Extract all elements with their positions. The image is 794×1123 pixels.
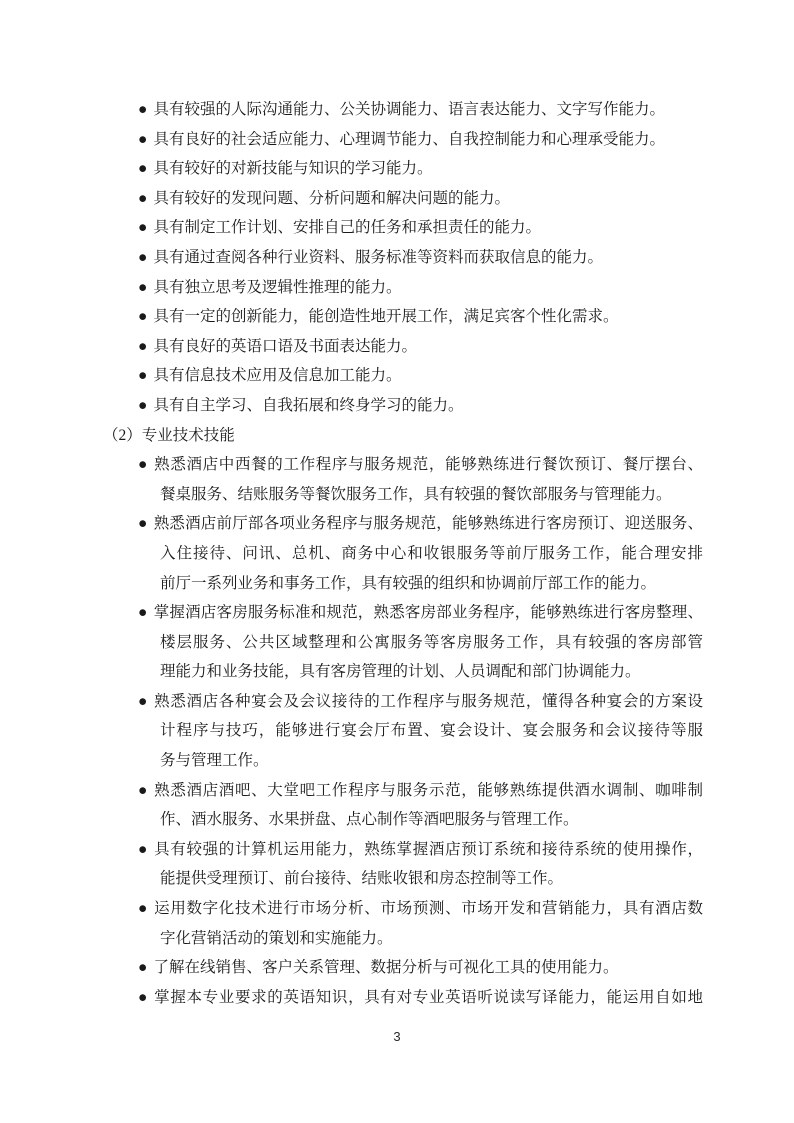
bullet-item: ●具有一定的创新能力，能创造性地开展工作，满足宾客个性化需求。 xyxy=(103,302,703,332)
line-text: 前厅一系列业务和事务工作，具有较强的组织和协调前厅部工作的能力。 xyxy=(160,575,656,592)
line-text: 具有良好的英语口语及书面表达能力。 xyxy=(154,338,418,355)
text-line: ●具有信息技术应用及信息加工能力。 xyxy=(103,361,703,391)
bullet-icon: ● xyxy=(138,302,154,332)
text-line: ●熟悉酒店酒吧、大堂吧工作程序与服务示范，能够熟练提供酒水调制、咖啡制 xyxy=(103,776,703,806)
text-line: 前厅一系列业务和事务工作，具有较强的组织和协调前厅部工作的能力。 xyxy=(103,569,703,599)
bullet-item: ●掌握本专业要求的英语知识，具有对专业英语听说读写译能力，能运用自如地 xyxy=(103,983,703,1013)
line-text: 具有较好的发现问题、分析问题和解决问题的能力。 xyxy=(154,190,511,207)
bullet-item: ●具有通过查阅各种行业资料、服务标准等资料而获取信息的能力。 xyxy=(103,243,703,273)
line-text: 熟悉酒店前厅部各项业务程序与服务规范，能够熟练进行客房预订、迎送服务、 xyxy=(154,515,704,532)
line-text: 楼层服务、公共区域整理和公寓服务等客房服务工作，具有较强的客房部管 xyxy=(160,634,703,651)
bullet-item: ●具有较好的对新技能与知识的学习能力。 xyxy=(103,154,703,184)
line-text: 具有较强的人际沟通能力、公关协调能力、语言表达能力、文字写作能力。 xyxy=(154,101,666,118)
bullet-icon: ● xyxy=(138,184,154,214)
bullet-item: ●具有自主学习、自我拓展和终身学习的能力。 xyxy=(103,391,703,421)
text-line: ●掌握本专业要求的英语知识，具有对专业英语听说读写译能力，能运用自如地 xyxy=(103,983,703,1013)
bullet-icon: ● xyxy=(138,243,154,273)
text-line: ●掌握酒店客房服务标准和规范，熟悉客房部业务程序，能够熟练进行客房整理、 xyxy=(103,598,703,628)
line-text: 计程序与技巧，能够进行宴会厅布置、宴会设计、宴会服务和会议接待等服 xyxy=(160,722,703,739)
line-text: 具有自主学习、自我拓展和终身学习的能力。 xyxy=(154,397,464,414)
bullet-icon: ● xyxy=(138,95,154,125)
bullet-item: ●熟悉酒店酒吧、大堂吧工作程序与服务示范，能够熟练提供酒水调制、咖啡制作、酒水服… xyxy=(103,776,703,835)
text-line: 计程序与技巧，能够进行宴会厅布置、宴会设计、宴会服务和会议接待等服 xyxy=(103,716,703,746)
bullet-item: ●具有制定工作计划、安排自己的任务和承担责任的能力。 xyxy=(103,213,703,243)
bullet-item: ●熟悉酒店前厅部各项业务程序与服务规范，能够熟练进行客房预订、迎送服务、入住接待… xyxy=(103,509,703,598)
line-text: 熟悉酒店中西餐的工作程序与服务规范，能够熟练进行餐饮预订、餐厅摆台、 xyxy=(154,456,704,473)
bullet-item: ●熟悉酒店中西餐的工作程序与服务规范，能够熟练进行餐饮预订、餐厅摆台、餐桌服务、… xyxy=(103,450,703,509)
bullet-item: ●具有独立思考及逻辑性推理的能力。 xyxy=(103,273,703,303)
bullet-icon: ● xyxy=(138,391,154,421)
text-line: ●具有通过查阅各种行业资料、服务标准等资料而获取信息的能力。 xyxy=(103,243,703,273)
text-line: ●具有制定工作计划、安排自己的任务和承担责任的能力。 xyxy=(103,213,703,243)
bullet-icon: ● xyxy=(138,953,154,983)
line-text: 具有通过查阅各种行业资料、服务标准等资料而获取信息的能力。 xyxy=(154,249,604,266)
text-line: ●具有良好的社会适应能力、心理调节能力、自我控制能力和心理承受能力。 xyxy=(103,125,703,155)
page-number: 3 xyxy=(0,1029,794,1044)
text-line: ●具有自主学习、自我拓展和终身学习的能力。 xyxy=(103,391,703,421)
bullet-item: ●具有较好的发现问题、分析问题和解决问题的能力。 xyxy=(103,184,703,214)
text-line: ●具有较强的人际沟通能力、公关协调能力、语言表达能力、文字写作能力。 xyxy=(103,95,703,125)
bullet-item: ●了解在线销售、客户关系管理、数据分析与可视化工具的使用能力。 xyxy=(103,953,703,983)
document-content: ●具有较强的人际沟通能力、公关协调能力、语言表达能力、文字写作能力。●具有良好的… xyxy=(103,95,703,1012)
bullet-icon: ● xyxy=(138,509,154,539)
bullet-icon: ● xyxy=(138,450,154,480)
line-text: 作、酒水服务、水果拼盘、点心制作等酒吧服务与管理工作。 xyxy=(160,811,579,828)
line-text: 餐桌服务、结账服务等餐饮服务工作，具有较强的餐饮部服务与管理能力。 xyxy=(160,486,672,503)
line-text: 熟悉酒店各种宴会及会议接待的工作程序与服务规范，懂得各种宴会的方案设 xyxy=(154,693,704,710)
text-line: 理能力和业务技能，具有客房管理的计划、人员调配和部门协调能力。 xyxy=(103,657,703,687)
text-line: ●具有较好的对新技能与知识的学习能力。 xyxy=(103,154,703,184)
line-text: 具有较强的计算机运用能力，熟练掌握酒店预订系统和接待系统的使用操作， xyxy=(154,841,704,858)
bullet-icon: ● xyxy=(138,894,154,924)
bullet-icon: ● xyxy=(138,983,154,1013)
line-text: 具有制定工作计划、安排自己的任务和承担责任的能力。 xyxy=(154,219,542,236)
line-text: 入住接待、问讯、总机、商务中心和收银服务等前厅服务工作，能合理安排 xyxy=(160,545,703,562)
bullet-item: ●具有较强的人际沟通能力、公关协调能力、语言表达能力、文字写作能力。 xyxy=(103,95,703,125)
line-text: 了解在线销售、客户关系管理、数据分析与可视化工具的使用能力。 xyxy=(154,959,619,976)
text-line: ●具有独立思考及逻辑性推理的能力。 xyxy=(103,273,703,303)
line-text: 具有一定的创新能力，能创造性地开展工作，满足宾客个性化需求。 xyxy=(154,308,619,325)
bullet-icon: ● xyxy=(138,332,154,362)
bullet-icon: ● xyxy=(138,273,154,303)
bullet-item: ●熟悉酒店各种宴会及会议接待的工作程序与服务规范，懂得各种宴会的方案设计程序与技… xyxy=(103,687,703,776)
text-line: ●熟悉酒店前厅部各项业务程序与服务规范，能够熟练进行客房预订、迎送服务、 xyxy=(103,509,703,539)
line-text: 具有良好的社会适应能力、心理调节能力、自我控制能力和心理承受能力。 xyxy=(154,131,666,148)
bullet-item: ●具有良好的英语口语及书面表达能力。 xyxy=(103,332,703,362)
line-text: （2）专业技术技能 xyxy=(103,427,235,444)
bullet-icon: ● xyxy=(138,776,154,806)
bullet-item: ●具有较强的计算机运用能力，熟练掌握酒店预订系统和接待系统的使用操作，能提供受理… xyxy=(103,835,703,894)
bullet-item: ●掌握酒店客房服务标准和规范，熟悉客房部业务程序，能够熟练进行客房整理、楼层服务… xyxy=(103,598,703,687)
bullet-icon: ● xyxy=(138,361,154,391)
bullet-icon: ● xyxy=(138,835,154,865)
line-text: 运用数字化技术进行市场分析、市场预测、市场开发和营销能力，具有酒店数 xyxy=(154,900,704,917)
line-text: 具有独立思考及逻辑性推理的能力。 xyxy=(154,279,402,296)
text-line: ●熟悉酒店中西餐的工作程序与服务规范，能够熟练进行餐饮预订、餐厅摆台、 xyxy=(103,450,703,480)
bullet-icon: ● xyxy=(138,125,154,155)
text-line: 务与管理工作。 xyxy=(103,746,703,776)
bullet-icon: ● xyxy=(138,213,154,243)
section-heading: （2）专业技术技能 xyxy=(103,421,703,451)
text-line: 作、酒水服务、水果拼盘、点心制作等酒吧服务与管理工作。 xyxy=(103,805,703,835)
text-line: ●具有较好的发现问题、分析问题和解决问题的能力。 xyxy=(103,184,703,214)
text-line: ●具有较强的计算机运用能力，熟练掌握酒店预订系统和接待系统的使用操作， xyxy=(103,835,703,865)
bullet-icon: ● xyxy=(138,687,154,717)
bullet-icon: ● xyxy=(138,154,154,184)
text-line: 字化营销活动的策划和实施能力。 xyxy=(103,924,703,954)
line-text: 具有信息技术应用及信息加工能力。 xyxy=(154,367,402,384)
text-line: ●具有良好的英语口语及书面表达能力。 xyxy=(103,332,703,362)
bullet-item: ●运用数字化技术进行市场分析、市场预测、市场开发和营销能力，具有酒店数字化营销活… xyxy=(103,894,703,953)
line-text: 掌握本专业要求的英语知识，具有对专业英语听说读写译能力，能运用自如地 xyxy=(154,989,704,1006)
line-text: 能提供受理预订、前台接待、结账收银和房态控制等工作。 xyxy=(160,870,563,887)
line-text: 具有较好的对新技能与知识的学习能力。 xyxy=(154,160,433,177)
line-text: 字化营销活动的策划和实施能力。 xyxy=(160,930,393,947)
line-text: 掌握酒店客房服务标准和规范，熟悉客房部业务程序，能够熟练进行客房整理、 xyxy=(154,604,704,621)
text-line: 能提供受理预订、前台接待、结账收银和房态控制等工作。 xyxy=(103,864,703,894)
line-text: 务与管理工作。 xyxy=(160,752,269,769)
line-text: 理能力和业务技能，具有客房管理的计划、人员调配和部门协调能力。 xyxy=(160,663,641,680)
text-line: ●具有一定的创新能力，能创造性地开展工作，满足宾客个性化需求。 xyxy=(103,302,703,332)
text-line: 入住接待、问讯、总机、商务中心和收银服务等前厅服务工作，能合理安排 xyxy=(103,539,703,569)
bullet-item: ●具有信息技术应用及信息加工能力。 xyxy=(103,361,703,391)
text-line: （2）专业技术技能 xyxy=(103,421,703,451)
text-line: 楼层服务、公共区域整理和公寓服务等客房服务工作，具有较强的客房部管 xyxy=(103,628,703,658)
text-line: ●熟悉酒店各种宴会及会议接待的工作程序与服务规范，懂得各种宴会的方案设 xyxy=(103,687,703,717)
document-page: ●具有较强的人际沟通能力、公关协调能力、语言表达能力、文字写作能力。●具有良好的… xyxy=(0,0,794,1123)
text-line: 餐桌服务、结账服务等餐饮服务工作，具有较强的餐饮部服务与管理能力。 xyxy=(103,480,703,510)
bullet-item: ●具有良好的社会适应能力、心理调节能力、自我控制能力和心理承受能力。 xyxy=(103,125,703,155)
text-line: ●运用数字化技术进行市场分析、市场预测、市场开发和营销能力，具有酒店数 xyxy=(103,894,703,924)
line-text: 熟悉酒店酒吧、大堂吧工作程序与服务示范，能够熟练提供酒水调制、咖啡制 xyxy=(154,782,704,799)
text-line: ●了解在线销售、客户关系管理、数据分析与可视化工具的使用能力。 xyxy=(103,953,703,983)
bullet-icon: ● xyxy=(138,598,154,628)
